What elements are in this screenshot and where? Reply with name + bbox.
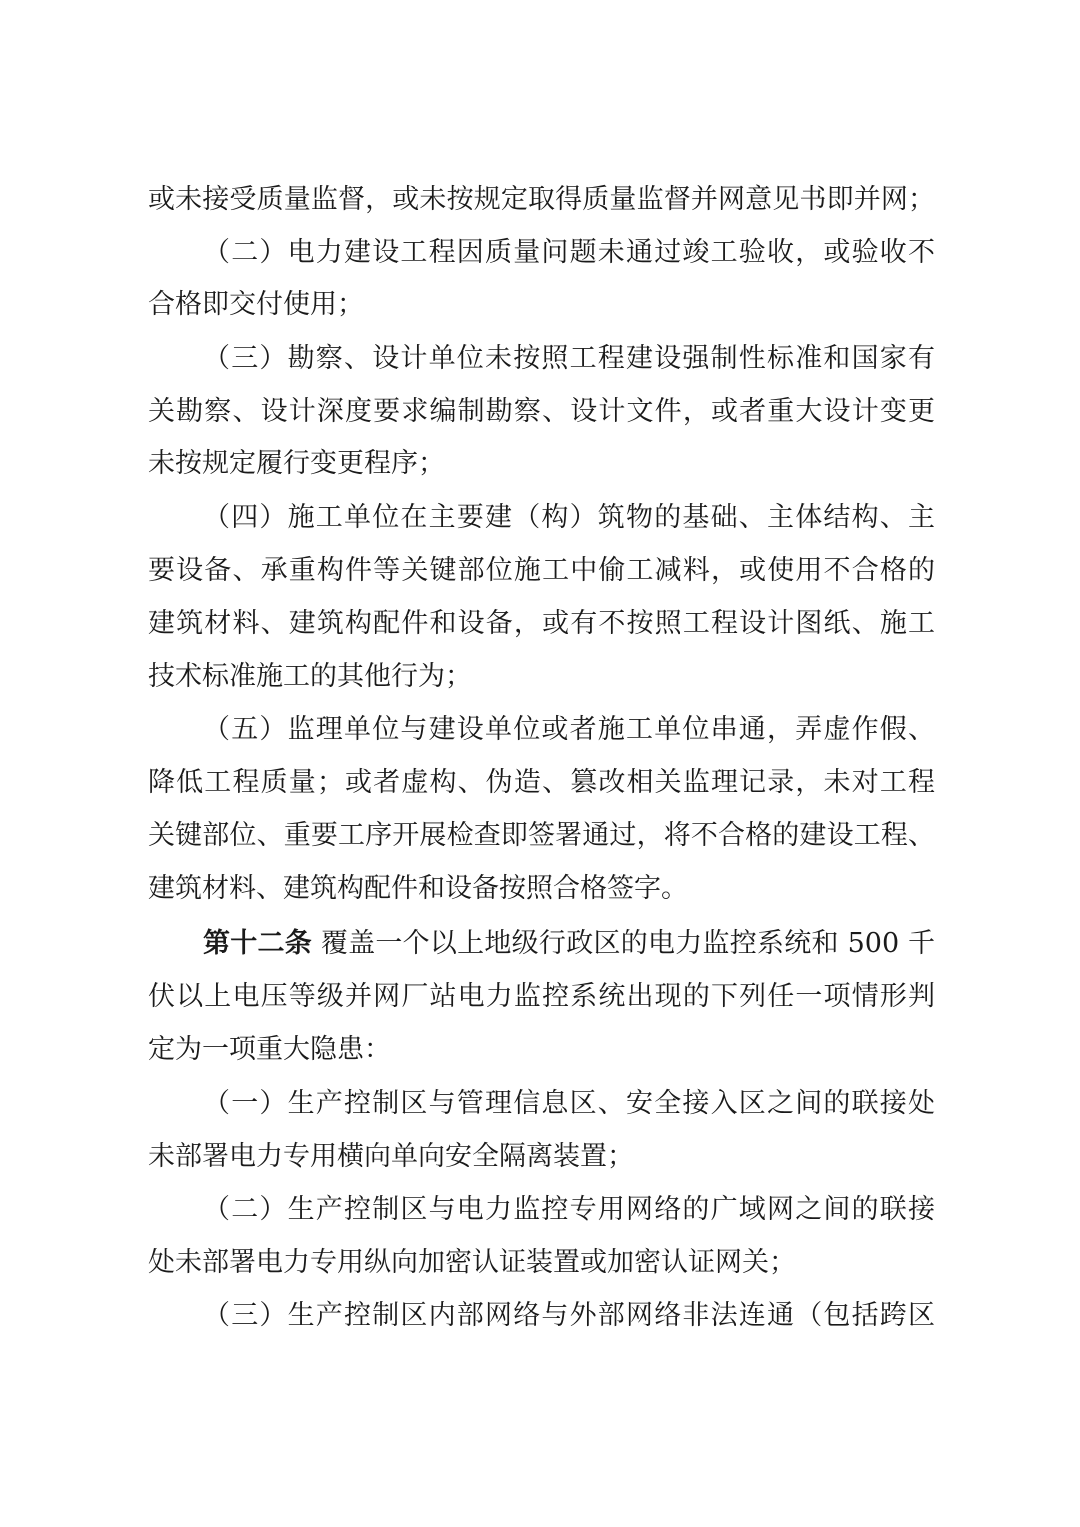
document-page: 第十二条 覆盖一个以上地级行政区的电力监控系统和 500 千 或未接受质量监督，… bbox=[0, 0, 1080, 1527]
text-line: （二）电力建设工程因质量问题未通过竣工验收，或验收不 bbox=[203, 233, 935, 273]
text-line: 未部署电力专用横向单向安全隔离装置； bbox=[148, 1137, 935, 1177]
text-line: （四）施工单位在主要建（构）筑物的基础、主体结构、主 bbox=[203, 498, 935, 538]
text-line: 建筑材料、建筑构配件和设备，或有不按照工程设计图纸、施工 bbox=[148, 604, 935, 644]
text-line: 要设备、承重构件等关键部位施工中偷工减料，或使用不合格的 bbox=[148, 551, 935, 591]
article-12-first-line: 第十二条 覆盖一个以上地级行政区的电力监控系统和 500 千 bbox=[203, 924, 935, 964]
text-line: 定为一项重大隐患： bbox=[148, 1030, 935, 1070]
text-line: （一）生产控制区与管理信息区、安全接入区之间的联接处 bbox=[203, 1084, 935, 1124]
text-line: 关键部位、重要工序开展检查即签署通过，将不合格的建设工程、 bbox=[148, 816, 935, 856]
text-line: 合格即交付使用； bbox=[148, 285, 935, 325]
text-line: 降低工程质量；或者虚构、伪造、篡改相关监理记录，未对工程 bbox=[148, 763, 935, 803]
text-line: （二）生产控制区与电力监控专用网络的广域网之间的联接 bbox=[203, 1190, 935, 1230]
text-line: 技术标准施工的其他行为； bbox=[148, 657, 935, 697]
text-line: 伏以上电压等级并网厂站电力监控系统出现的下列任一项情形判 bbox=[148, 977, 935, 1017]
text-line: 未按规定履行变更程序； bbox=[148, 444, 935, 484]
text-line: （五）监理单位与建设单位或者施工单位串通，弄虚作假、 bbox=[203, 710, 935, 750]
text-line: 建筑材料、建筑构配件和设备按照合格签字。 bbox=[148, 869, 935, 909]
text-line: 处未部署电力专用纵向加密认证装置或加密认证网关； bbox=[148, 1243, 935, 1283]
text-line: 或未接受质量监督，或未按规定取得质量监督并网意见书即并网； bbox=[148, 180, 935, 220]
text-line: （三）勘察、设计单位未按照工程建设强制性标准和国家有 bbox=[203, 339, 935, 379]
article-heading: 第十二条 bbox=[203, 928, 312, 959]
text-line: （三）生产控制区内部网络与外部网络非法连通（包括跨区 bbox=[203, 1296, 935, 1336]
article-text: 覆盖一个以上地级行政区的电力监控系统和 500 千 bbox=[321, 928, 935, 959]
text-line: 关勘察、设计深度要求编制勘察、设计文件，或者重大设计变更 bbox=[148, 392, 935, 432]
